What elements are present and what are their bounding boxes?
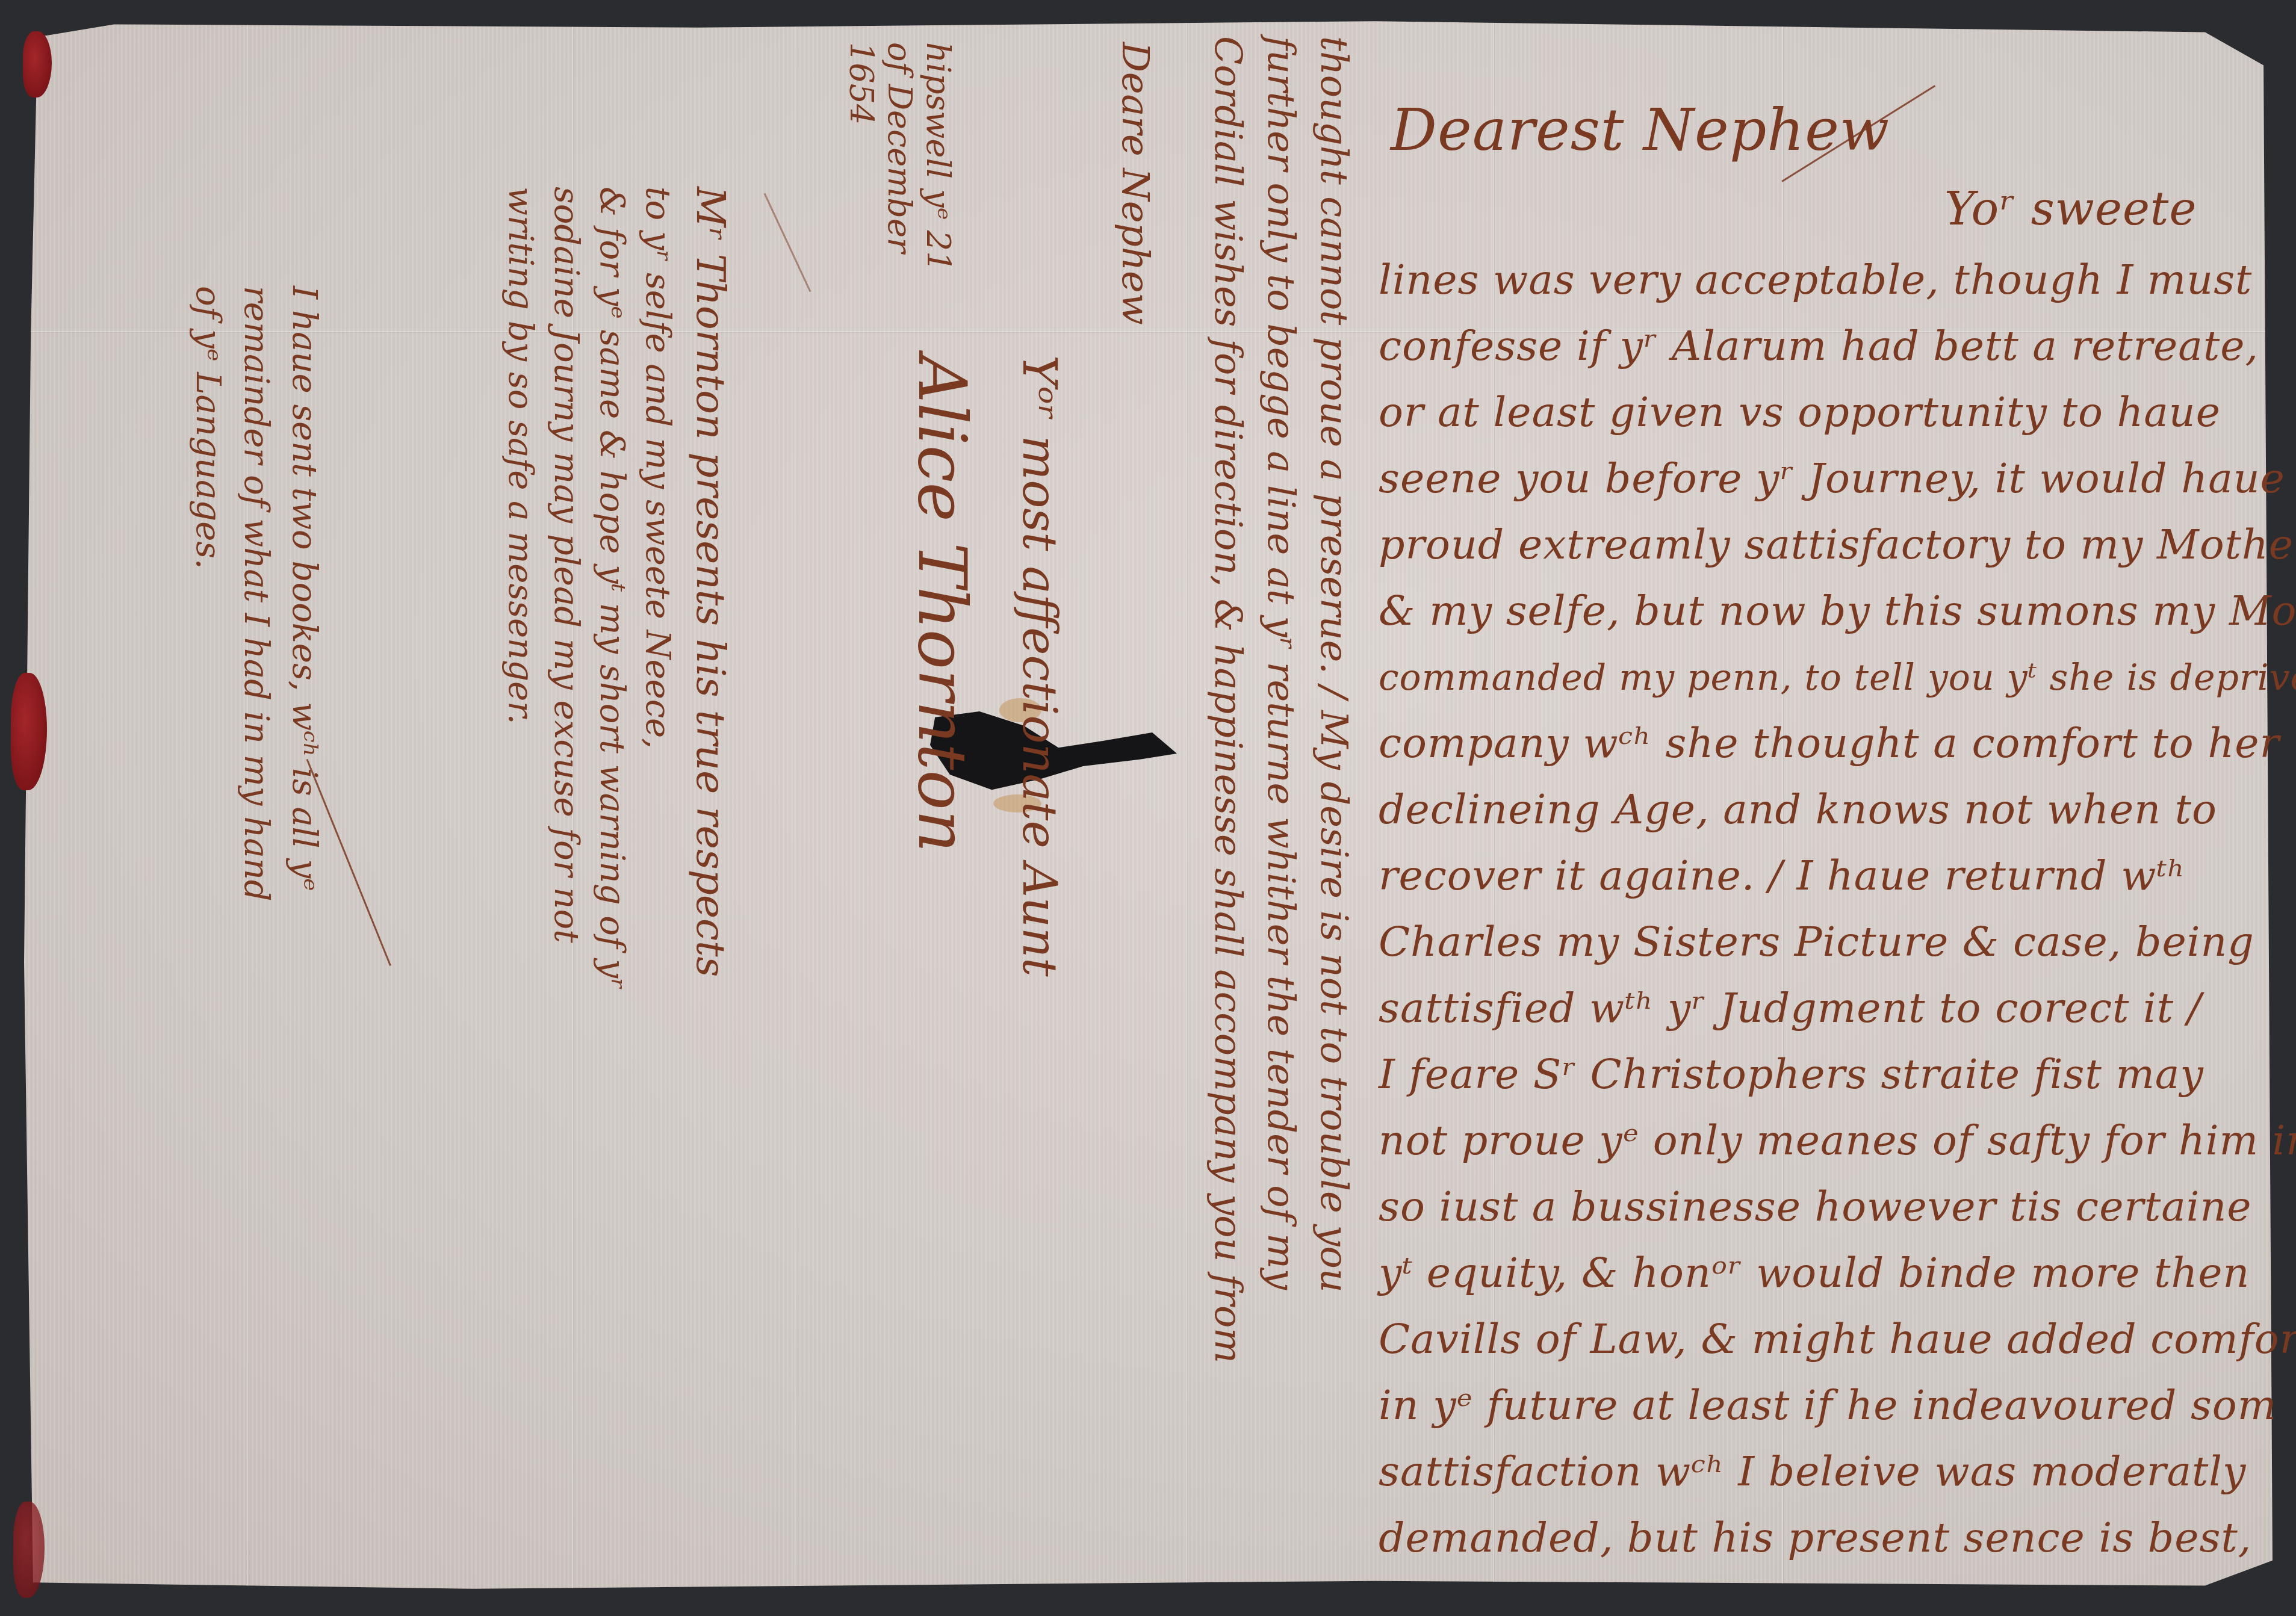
body-line: lines was very acceptable, though I must <box>1379 247 2263 314</box>
note-line: remainder of what I had in my hand <box>232 286 280 902</box>
body-line: sattisfied wᵗʰ yʳ Judgment to corect it … <box>1379 976 2263 1042</box>
postscript-line: Mʳ Thornton presents his true respects <box>680 187 740 990</box>
body-line: Cavills of Law, & might haue added comfo… <box>1379 1307 2263 1373</box>
body-line: & my selfe, but now by this sumons my Mo… <box>1379 578 2263 645</box>
postscript-line: & for yᵉ same & hope yᵗ my short warning… <box>589 187 635 990</box>
closing-address: Deare Nephew <box>1109 42 1162 325</box>
place-date: hipswell yᵉ 21 of December 1654 <box>842 42 957 272</box>
body-line: company wᶜʰ she thought a comfort to her <box>1379 711 2263 777</box>
body-line: declineing Age, and knows not when to <box>1379 777 2263 843</box>
body-line: commanded my penn, to tell you yᵗ she is… <box>1379 645 2263 711</box>
main-letter-page: Dearest Nephew Yoʳ sweete lines was very… <box>1379 96 2263 1541</box>
books-note: I haue sent two bookes, wᶜʰ is all yᵉ re… <box>184 286 328 902</box>
body-line: so iust a bussinesse however tis certain… <box>1379 1174 2263 1240</box>
signature: Alice Thornton <box>903 355 981 853</box>
body-line: or at least given vs opportunity to haue <box>1379 380 2263 446</box>
body-line: sattisfaction wᶜʰ I beleive was moderatl… <box>1379 1439 2263 1505</box>
note-line: I haue sent two bookes, wᶜʰ is all yᵉ <box>280 286 328 902</box>
note-line: of yᵉ Languages. <box>184 286 232 902</box>
fold-line <box>795 18 796 1592</box>
postscript: Mʳ Thornton presents his true respects t… <box>497 187 740 990</box>
signature-name: Alice Thornton <box>903 355 981 853</box>
body-line: Charles my Sisters Picture & case, being <box>1379 909 2263 976</box>
body-line: yᵗ equity, & honᵒʳ would binde more then <box>1379 1240 2263 1307</box>
body-line: I feare Sʳ Christophers straite fist may <box>1379 1042 2263 1108</box>
body-line: recover it againe. / I haue returnd wᵗʰ <box>1379 843 2263 909</box>
vertical-line: further only to begge a line at yʳ retur… <box>1255 36 1308 1363</box>
postscript-line: writing by so safe a messenger. <box>497 187 543 990</box>
body-line: in yᵉ future at least if he indeavoured … <box>1379 1373 2263 1439</box>
body-line: not proue yᵉ only meanes of safty for hi… <box>1379 1108 2263 1174</box>
vertical-continuation: thought cannot proue a preserue. / My de… <box>1202 36 1361 1363</box>
body-line: seene you before yʳ Journey, it would ha… <box>1379 446 2263 512</box>
opening-words: Yoʳ sweete <box>1944 182 2296 235</box>
place-date-line: of December <box>880 42 919 272</box>
postscript-line: to yʳ selfe and my sweete Neece, <box>635 187 680 990</box>
salutation: Dearest Nephew <box>1391 96 2276 164</box>
place-date-line: 1654 <box>842 42 880 272</box>
postscript-line: sodaine Journy may plead my excuse for n… <box>543 187 589 990</box>
body-line: confesse if yʳ Alarum had bett a retreat… <box>1379 314 2263 380</box>
place-date-line: hipswell yᵉ 21 <box>919 42 957 272</box>
vertical-line: Cordiall wishes for direction, & happine… <box>1202 36 1255 1363</box>
valediction: Yᵒʳ most affectionate Aunt <box>1013 355 1066 977</box>
vertical-line: thought cannot proue a preserue. / My de… <box>1308 36 1361 1363</box>
body-line: proud extreamly sattisfactory to my Moth… <box>1379 512 2263 578</box>
valediction-line: Yᵒʳ most affectionate Aunt <box>1013 355 1066 977</box>
body-line: demanded, but his present sence is best, <box>1379 1505 2263 1571</box>
fold-line <box>1186 18 1188 1592</box>
letter-body: lines was very acceptable, though I must… <box>1379 247 2263 1571</box>
closing-salutation: Deare Nephew <box>1109 42 1162 325</box>
